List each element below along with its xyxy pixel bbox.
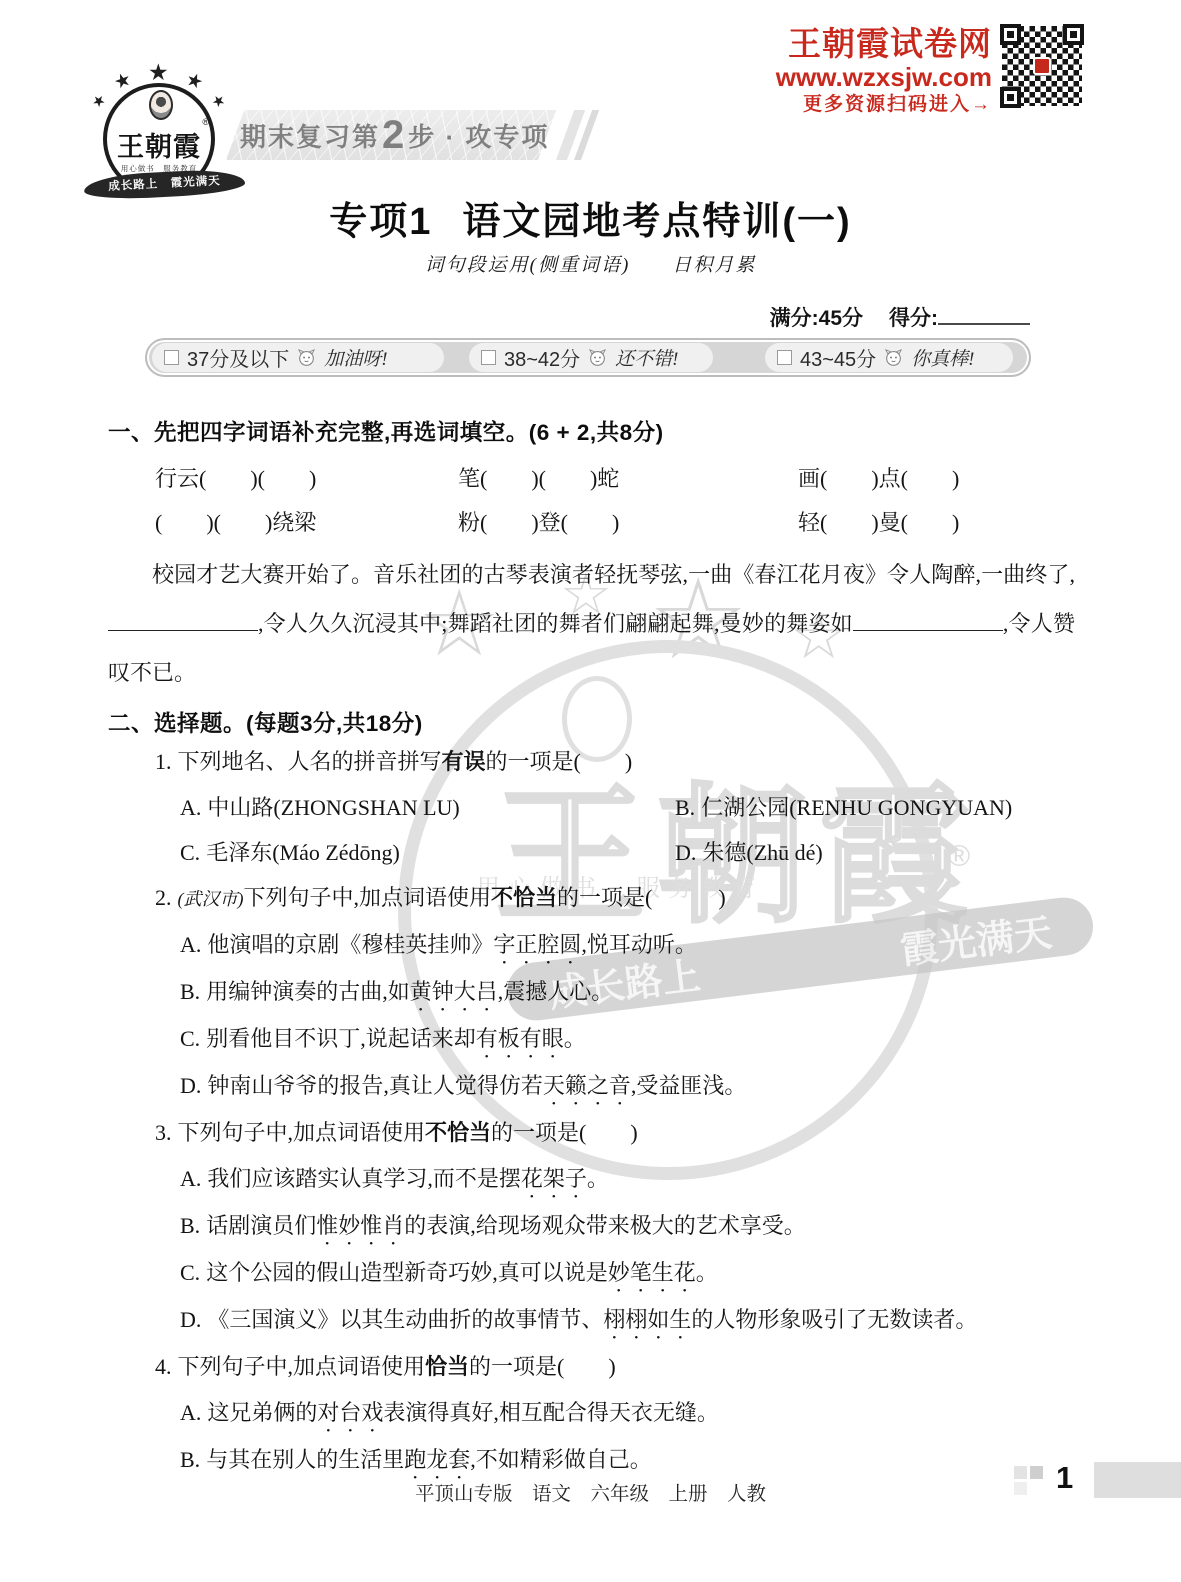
site-tagline: 更多资源扫码进入→ xyxy=(758,92,992,118)
option-label: B. xyxy=(675,795,695,820)
option-text: 他演唱的京剧《穆桂英挂帅》 xyxy=(207,932,493,957)
option-label: D. xyxy=(180,1073,201,1098)
question-stem: 3.下列句子中,加点词语使用不恰当的一项是( ) xyxy=(108,1110,1075,1156)
answer-blank xyxy=(853,611,1003,631)
title-main: 语文园地考点特训(一) xyxy=(462,201,851,243)
emphasized-word: 字正腔圆 xyxy=(493,932,581,957)
site-url: www.wzxsjw.com xyxy=(758,62,992,92)
score-checkbox[interactable] xyxy=(777,350,792,365)
option-label: C. xyxy=(180,1026,200,1051)
portrait-icon xyxy=(149,90,173,120)
question-stem: 1.下列地名、人名的拼音拼写有误的一项是( ) xyxy=(108,739,1075,785)
option: A.中山路(ZHONGSHAN LU) xyxy=(180,785,675,830)
banner-suffix: 步 · 攻专项 xyxy=(408,117,549,154)
qr-finder-icon xyxy=(1063,24,1084,45)
option-label: A. xyxy=(180,1166,201,1191)
option: B.与其在别人的生活里跑龙套,不如精彩做自己。 xyxy=(108,1437,1075,1484)
idiom-blank: ( )( )绕梁 xyxy=(108,508,458,538)
source-tag: (武汉市) xyxy=(178,889,244,909)
score-band: 37分及以下 加油呀! 38~42分 还不错! 43~45分 你真棒! xyxy=(145,338,1031,377)
option-text: 。 xyxy=(696,1260,718,1285)
option-text: 。 xyxy=(564,1026,586,1051)
stem-text: 的一项是( ) xyxy=(469,1354,616,1379)
qr-code xyxy=(1000,24,1084,108)
stem-text: 的一项是( ) xyxy=(486,749,633,774)
option-text: 话剧演员们 xyxy=(206,1213,316,1238)
stem-key-word: 恰当 xyxy=(425,1354,469,1379)
main-content: 一、先把四字词语补充完整,再选词填空。(6 + 2,共8分) 行云( )( ) … xyxy=(108,418,1075,1484)
option: A.他演唱的京剧《穆桂英挂帅》字正腔圆,悦耳动听。 xyxy=(108,922,1075,969)
option-text: ,受益匪浅。 xyxy=(631,1073,747,1098)
decorative-square xyxy=(1014,1466,1027,1479)
idiom-row: 行云( )( ) 笔( )( )蛇 画( )点( ) xyxy=(108,464,1075,494)
score-checkbox[interactable] xyxy=(164,350,179,365)
option-text: 《三国演义》以其生动曲折的故事情节、 xyxy=(207,1307,603,1332)
option: A.我们应该踏实认真学习,而不是摆花架子。 xyxy=(108,1156,1075,1203)
question-number: 3. xyxy=(155,1120,172,1145)
full-score-label: 满分:45分 xyxy=(770,307,863,330)
stem-key-word: 有误 xyxy=(442,749,486,774)
page-number-block: 1 xyxy=(1006,1460,1181,1500)
option: B.仁湖公园(RENHU GONGYUAN) xyxy=(675,785,1075,830)
option-text: 用编钟演奏的古曲,如 xyxy=(206,979,410,1004)
stem-text: 的一项是( ) xyxy=(491,1120,638,1145)
option-label: C. xyxy=(180,840,200,865)
option-text: 朱德(Zhū dé) xyxy=(702,840,822,865)
score-praise: 你真棒! xyxy=(911,344,974,371)
page-subtitle: 词句段运用(侧重词语) 日积月累 xyxy=(0,250,1181,277)
option-text: 与其在别人的生活里 xyxy=(206,1447,404,1472)
emphasized-word: 对台戏 xyxy=(317,1400,383,1425)
banner-step-number: 2 xyxy=(382,115,406,155)
emphasized-word: 天籁之音 xyxy=(543,1073,631,1098)
score-band-segment: 38~42分 还不错! xyxy=(469,343,713,372)
stem-text: 下列地名、人名的拼音拼写 xyxy=(178,749,442,774)
title-prefix: 专项1 xyxy=(329,201,432,243)
stem-text: 下列句子中,加点词语使用 xyxy=(178,1354,426,1379)
score-band-segment: 43~45分 你真棒! xyxy=(765,343,1013,372)
option-text: 。 xyxy=(587,1166,609,1191)
logo-brand-name: 王朝霞 xyxy=(107,125,211,164)
question-number: 2. xyxy=(155,885,172,910)
option-label: C. xyxy=(180,1260,200,1285)
banner-title: 期末复习第 2 步 · 攻专项 xyxy=(240,110,549,160)
option-label: A. xyxy=(180,1400,201,1425)
option: A.这兄弟俩的对台戏表演得真好,相互配合得天衣无缝。 xyxy=(108,1390,1075,1437)
score-label: 得分: xyxy=(889,307,938,330)
emphasized-word: 妙笔生花 xyxy=(608,1260,696,1285)
emphasized-word: 跑龙套 xyxy=(404,1447,470,1472)
score-band-segment: 37分及以下 加油呀! xyxy=(152,343,444,372)
score-line: 满分:45分得分: xyxy=(770,302,1030,332)
option-text: 别看他目不识丁,说起话来却 xyxy=(206,1026,476,1051)
emphasized-word: 黄钟大吕 xyxy=(410,979,498,1004)
question-number: 4. xyxy=(155,1354,172,1379)
score-range: 37分及以下 xyxy=(187,343,289,372)
stem-key-word: 不恰当 xyxy=(491,885,557,910)
stem-text: 的一项是( ) xyxy=(557,885,726,910)
emphasized-word: 有板有眼 xyxy=(476,1026,564,1051)
score-praise: 加油呀! xyxy=(324,344,387,371)
question-stem: 4.下列句子中,加点词语使用恰当的一项是( ) xyxy=(108,1344,1075,1390)
option-text: ,不如精彩做自己。 xyxy=(470,1447,652,1472)
idiom-blank: 粉( )登( ) xyxy=(458,508,798,538)
star-icon: ★ xyxy=(88,90,110,112)
idiom-blank: 画( )点( ) xyxy=(798,464,959,494)
option-label: A. xyxy=(180,795,201,820)
option: B.话剧演员们惟妙惟肖的表演,给现场观众带来极大的艺术享受。 xyxy=(108,1203,1075,1250)
idiom-blank: 行云( )( ) xyxy=(108,464,458,494)
score-praise: 还不错! xyxy=(615,344,678,371)
idiom-blank: 轻( )曼( ) xyxy=(798,508,959,538)
passage-text: 校园才艺大赛开始了。音乐社团的古琴表演者轻抚琴弦,一曲《春江花月夜》令人陶醉,一… xyxy=(152,562,1075,587)
qr-finder-icon xyxy=(1000,24,1021,45)
option-label: D. xyxy=(675,840,696,865)
option-label: D. xyxy=(180,1307,201,1332)
exam-paper-page: ☆ ☆ ☆ ☆ 王朝霞 ® 用心做书 服务教育 成长路上 霞光满天 ★ ★ ★ … xyxy=(0,0,1181,1582)
option-text: 表演得真好,相互配合得天衣无缝。 xyxy=(383,1400,719,1425)
option-label: B. xyxy=(180,979,200,1004)
option: B.用编钟演奏的古曲,如黄钟大吕,震撼人心。 xyxy=(108,969,1075,1016)
option-text: 毛泽东(Máo Zédōng) xyxy=(206,840,400,865)
section-two-heading: 二、选择题。(每题3分,共18分) xyxy=(108,709,1075,739)
mascot-face-icon xyxy=(588,348,607,367)
footer-edition: 平顶山专版 语文 六年级 上册 人教 xyxy=(0,1478,1181,1506)
decorative-square xyxy=(1030,1466,1043,1479)
option-text: 这兄弟俩的 xyxy=(207,1400,317,1425)
emphasized-word: 花架子 xyxy=(521,1166,587,1191)
answer-blank xyxy=(108,611,258,631)
qr-center-logo xyxy=(1033,57,1051,75)
option: D.朱德(Zhū dé) xyxy=(675,830,1075,875)
stem-key-word: 不恰当 xyxy=(425,1120,491,1145)
fill-in-passage: 校园才艺大赛开始了。音乐社团的古琴表演者轻抚琴弦,一曲《春江花月夜》令人陶醉,一… xyxy=(108,550,1075,697)
mascot-face-icon xyxy=(297,348,316,367)
option-text: 中山路(ZHONGSHAN LU) xyxy=(207,795,459,820)
page-number: 1 xyxy=(1056,1460,1073,1496)
score-range: 43~45分 xyxy=(800,343,876,372)
option: C.别看他目不识丁,说起话来却有板有眼。 xyxy=(108,1016,1075,1063)
option-text: ,震撼人心。 xyxy=(498,979,614,1004)
option: C.毛泽东(Máo Zédōng) xyxy=(180,830,675,875)
option: D.钟南山爷爷的报告,真让人觉得仿若天籁之音,受益匪浅。 xyxy=(108,1063,1075,1110)
option-label: B. xyxy=(180,1447,200,1472)
section-one-heading: 一、先把四字词语补充完整,再选词填空。(6 + 2,共8分) xyxy=(108,418,1075,448)
option-label: A. xyxy=(180,932,201,957)
option-text: 仁湖公园(RENHU GONGYUAN) xyxy=(701,795,1012,820)
option-text: ,悦耳动听。 xyxy=(581,932,697,957)
question-stem: 2.(武汉市)下列句子中,加点词语使用不恰当的一项是( ) xyxy=(108,875,1075,922)
registered-mark-icon: ® xyxy=(202,117,209,127)
option-text: 的表演,给现场观众带来极大的艺术享受。 xyxy=(404,1213,806,1238)
publisher-logo: ★ ★ ★ ★ ★ 王朝霞 ® 用心做书 服务教育 成长路上 霞光满天 xyxy=(92,56,237,206)
option: D.《三国演义》以其生动曲折的故事情节、栩栩如生的人物形象吸引了无数读者。 xyxy=(108,1297,1075,1344)
option-text: 的人物形象吸引了无数读者。 xyxy=(691,1307,977,1332)
score-blank xyxy=(938,305,1030,325)
stem-text: 下列句子中,加点词语使用 xyxy=(244,885,492,910)
passage-text: ,令人久久沉浸其中;舞蹈社团的舞者们翩翩起舞,曼妙的舞姿如 xyxy=(258,611,853,636)
mascot-face-icon xyxy=(884,348,903,367)
decorative-square xyxy=(1014,1482,1027,1495)
option-text: 钟南山爷爷的报告,真让人觉得仿若 xyxy=(207,1073,543,1098)
emphasized-word: 惟妙惟肖 xyxy=(316,1213,404,1238)
question-number: 1. xyxy=(155,749,172,774)
option-text: 这个公园的假山造型新奇巧妙,真可以说是 xyxy=(206,1260,608,1285)
stem-text: 下列句子中,加点词语使用 xyxy=(178,1120,426,1145)
banner-prefix: 期末复习第 xyxy=(240,117,380,154)
option: C.这个公园的假山造型新奇巧妙,真可以说是妙笔生花。 xyxy=(108,1250,1075,1297)
qr-finder-icon xyxy=(1000,87,1021,108)
decorative-bar xyxy=(1094,1462,1181,1498)
option-text: 我们应该踏实认真学习,而不是摆 xyxy=(207,1166,521,1191)
site-info: 王朝霞试卷网 www.wzxsjw.com 更多资源扫码进入→ xyxy=(758,26,992,118)
idiom-row: ( )( )绕梁 粉( )登( ) 轻( )曼( ) xyxy=(108,508,1075,538)
emphasized-word: 栩栩如生 xyxy=(603,1307,691,1332)
score-checkbox[interactable] xyxy=(481,350,496,365)
site-name: 王朝霞试卷网 xyxy=(758,26,992,62)
star-icon: ★ xyxy=(208,90,230,112)
score-range: 38~42分 xyxy=(504,343,580,372)
option-label: B. xyxy=(180,1213,200,1238)
idiom-blank: 笔( )( )蛇 xyxy=(458,464,798,494)
question-options: A.中山路(ZHONGSHAN LU) B.仁湖公园(RENHU GONGYUA… xyxy=(180,785,1075,875)
